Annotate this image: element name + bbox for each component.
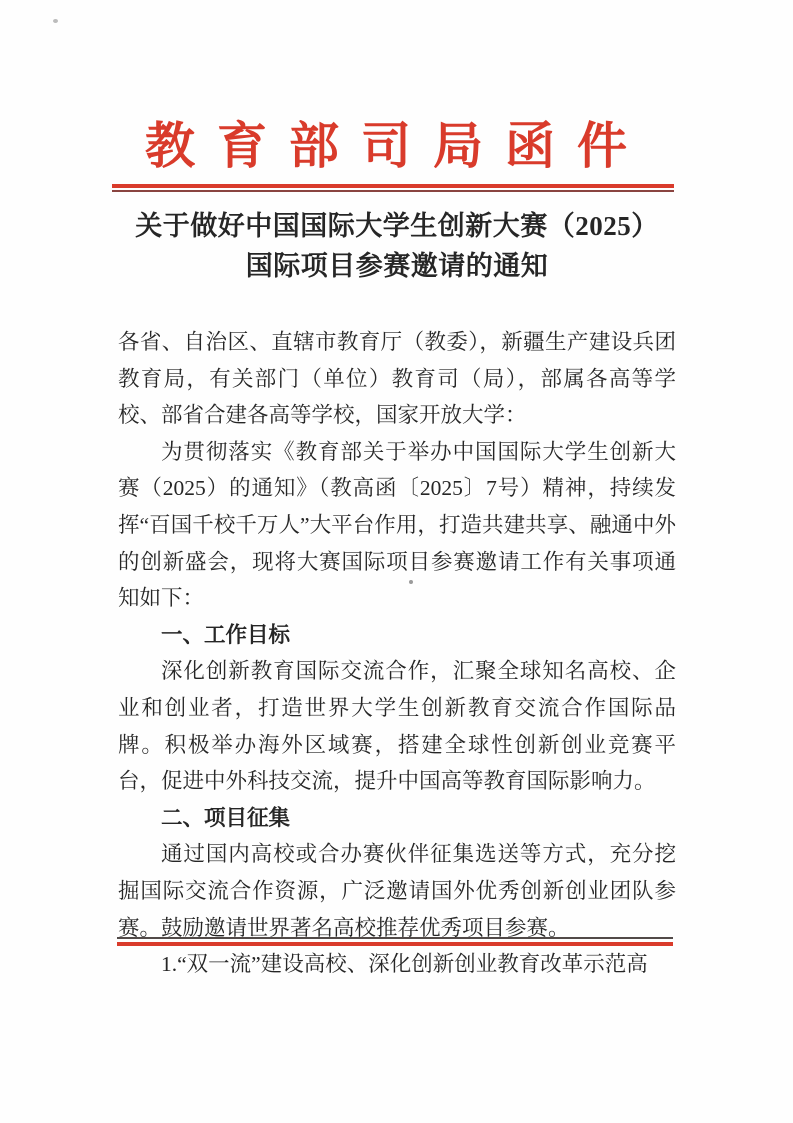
footer-rule [117, 937, 673, 946]
document-title-line-2: 国际项目参赛邀请的通知 [246, 251, 549, 281]
letterhead-rule-red-line [112, 184, 674, 188]
footer-rule-dark-line [117, 937, 673, 939]
letterhead-title: 教育部司局函件 [118, 118, 676, 174]
document-page: 教育部司局函件 关于做好中国国际大学生创新大赛（2025） 国际项目参赛邀请的通… [0, 0, 793, 1123]
body-paragraph: 通过国内高校或合办赛伙伴征集选送等方式，充分挖掘国际交流合作资源，广泛邀请国外优… [118, 836, 676, 946]
section-heading: 二、项目征集 [118, 800, 676, 837]
letterhead-rule [112, 184, 674, 192]
scan-speck [53, 19, 58, 23]
body-paragraph: 各省、自治区、直辖市教育厅（教委），新疆生产建设兵团教育局，有关部门（单位）教育… [118, 324, 676, 434]
footer-rule-red-line [117, 942, 673, 946]
body-paragraph: 1.“双一流”建设高校、深化创新创业教育改革示范高 [118, 946, 676, 983]
body-paragraph: 深化创新教育国际交流合作，汇聚全球知名高校、企业和创业者，打造世界大学生创新教育… [118, 653, 676, 799]
section-heading: 一、工作目标 [118, 617, 676, 654]
letterhead-rule-dark-line [112, 190, 674, 192]
document-title: 关于做好中国国际大学生创新大赛（2025） 国际项目参赛邀请的通知 [108, 206, 686, 286]
document-body: 各省、自治区、直辖市教育厅（教委），新疆生产建设兵团教育局，有关部门（单位）教育… [118, 324, 676, 983]
document-title-line-1: 关于做好中国国际大学生创新大赛（2025） [135, 211, 659, 241]
body-paragraph: 为贯彻落实《教育部关于举办中国国际大学生创新大赛（2025）的通知》（教高函〔2… [118, 434, 676, 617]
